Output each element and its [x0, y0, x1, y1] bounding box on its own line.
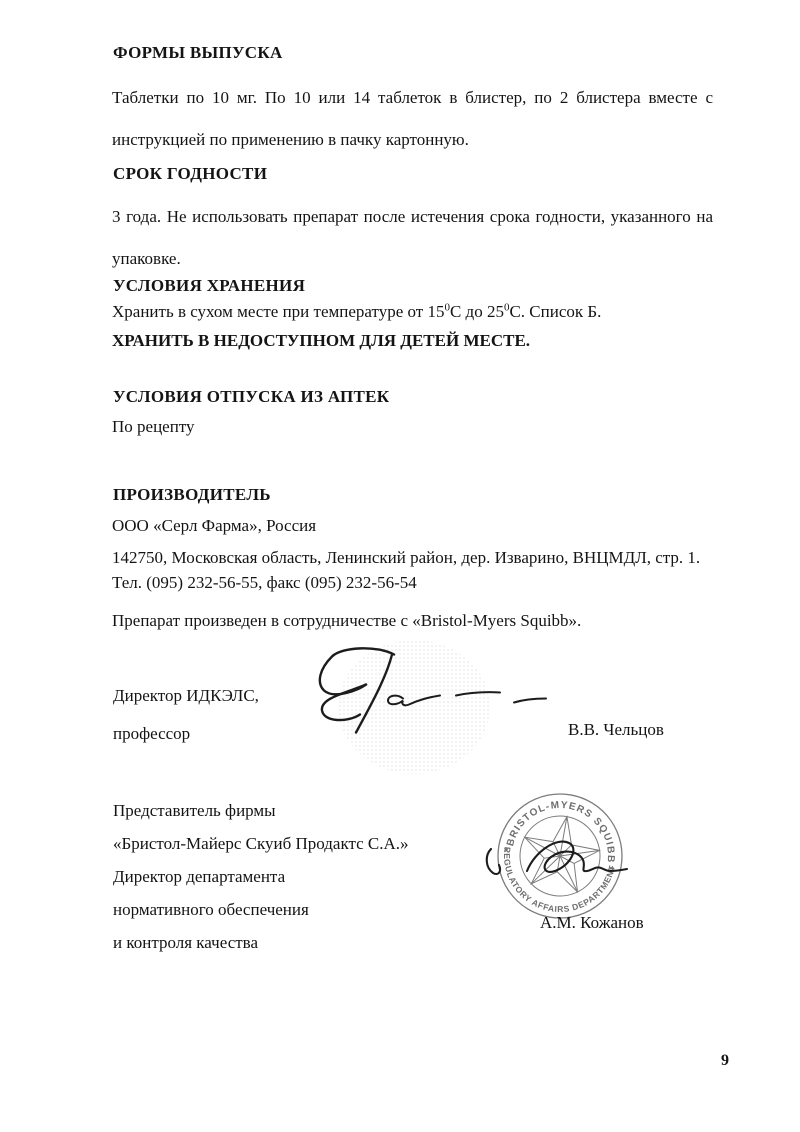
release-forms-line-2: инструкцией по применению в пачку картон…	[112, 119, 713, 161]
keep-away-from-children-warning: ХРАНИТЬ В НЕДОСТУПНОМ ДЛЯ ДЕТЕЙ МЕСТЕ.	[112, 331, 530, 351]
storage-temp-suffix: С. Список Б.	[509, 302, 601, 321]
representative-title-line-3: Директор департамента	[113, 867, 285, 887]
shelf-life-line-2: упаковке.	[112, 238, 713, 280]
manufacturer-company: ООО «Серл Фарма», Россия	[112, 516, 316, 536]
release-forms-line-1: Таблетки по 10 мг. По 10 или 14 таблеток…	[112, 77, 713, 119]
heading-storage-conditions: УСЛОВИЯ ХРАНЕНИЯ	[113, 276, 305, 296]
director-name: В.В. Чельцов	[568, 720, 664, 740]
manufacturer-phone: Тел. (095) 232-56-55, факс (095) 232-56-…	[112, 571, 713, 596]
shelf-life-paragraph: 3 года. Не использовать препарат после и…	[112, 196, 713, 279]
release-forms-paragraph: Таблетки по 10 мг. По 10 или 14 таблеток…	[112, 77, 713, 160]
heading-pharmacy-dispensing: УСЛОВИЯ ОТПУСКА ИЗ АПТЕК	[113, 387, 389, 407]
director-title-line-2: профессор	[113, 724, 190, 744]
document-page: ФОРМЫ ВЫПУСКА Таблетки по 10 мг. По 10 и…	[0, 0, 800, 1132]
dispensing-condition: По рецепту	[112, 417, 195, 437]
storage-temperature-line: Хранить в сухом месте при температуре от…	[112, 302, 601, 322]
manufacturer-contacts: 142750, Московская область, Ленинский ра…	[112, 546, 713, 595]
director-title-line-1: Директор ИДКЭЛС,	[113, 686, 259, 706]
heading-release-forms: ФОРМЫ ВЫПУСКА	[113, 43, 283, 63]
manufacturer-address: 142750, Московская область, Ленинский ра…	[112, 546, 713, 571]
representative-title-line-4: нормативного обеспечения	[113, 900, 309, 920]
storage-temp-mid: С до 25	[450, 302, 504, 321]
page-number: 9	[721, 1052, 729, 1070]
director-signature	[308, 640, 558, 740]
partnership-note: Препарат произведен в сотрудничестве с «…	[112, 611, 581, 631]
representative-signature	[483, 828, 633, 880]
storage-temp-prefix: Хранить в сухом месте при температуре от…	[112, 302, 444, 321]
representative-title-line-2: «Бристол-Майерс Скуиб Продактс С.А.»	[113, 834, 409, 854]
representative-name: А.М. Кожанов	[540, 913, 644, 933]
heading-manufacturer: ПРОИЗВОДИТЕЛЬ	[113, 485, 271, 505]
shelf-life-line-1: 3 года. Не использовать препарат после и…	[112, 196, 713, 238]
heading-shelf-life: СРОК ГОДНОСТИ	[113, 164, 267, 184]
representative-title-line-5: и контроля качества	[113, 933, 258, 953]
representative-title-line-1: Представитель фирмы	[113, 801, 276, 821]
